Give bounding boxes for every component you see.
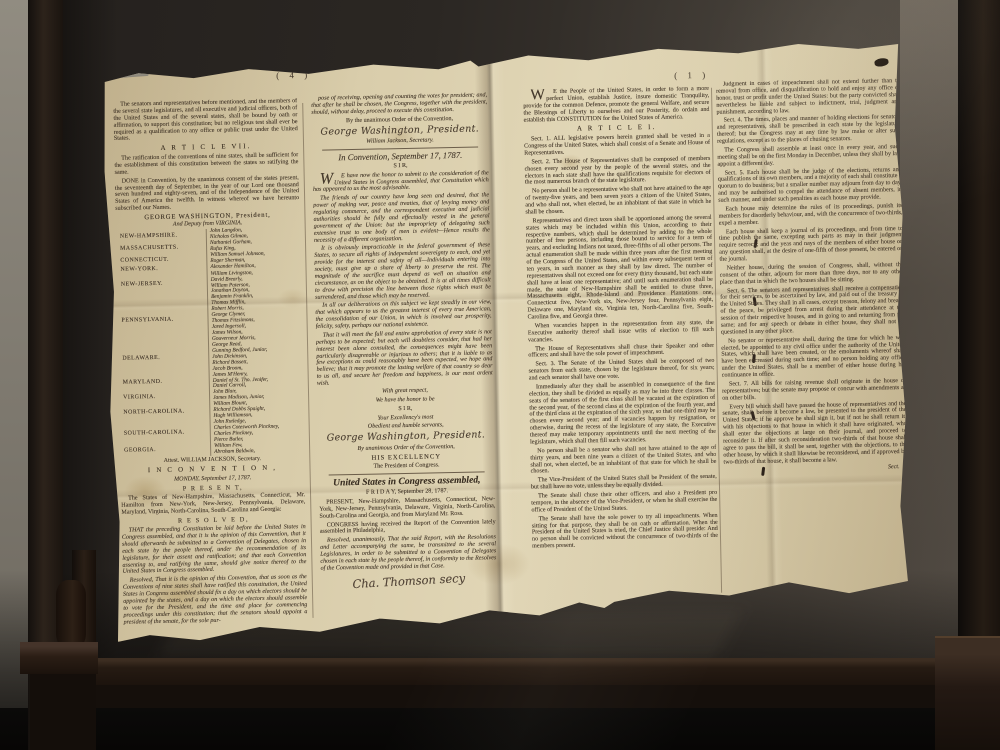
paragraph: Sect. 6. The senators and representative… [720,284,905,336]
paragraph-dropcap: WE the People of the United States, in o… [523,86,710,124]
delegate-row: DELAWARE.George Read,Gunning Bedford, Ju… [118,341,303,374]
delegate-state: GEORGIA. [120,444,210,458]
paragraph: Sect. 5. Each house shall be the judge o… [718,166,903,204]
paragraph: Neither house, during the session of Con… [720,262,904,286]
paragraph-italic-dropcap: WE have now the honor to submit to the c… [313,170,489,194]
page-number-1: ( 1 ) [647,69,737,81]
delegate-names: William Blount,Richard Dobbs Spaight,Hug… [209,400,303,420]
floor [0,708,1000,750]
paragraph: The Senate shall chuse their other offic… [531,490,717,514]
delegate-names: John Rutledge,Charles Cotesworth Pinckne… [210,418,304,444]
paragraph-italic: pose of receiving, opening and counting … [311,92,487,116]
photograph-of-constitution-broadside: ( 4 ) ( 1 ) The senators and representat… [0,0,1000,750]
paragraph: Sect. 7. All bills for raising revenue s… [722,378,906,402]
paragraph: Sect. 3. The Senate of the United States… [528,358,714,382]
paragraph: The ratification of the conventions of n… [114,152,298,176]
paragraph: Every bill which shall have passed the h… [722,400,907,466]
script-signature: George Washington, President. [318,431,494,445]
catchword: Sect. [724,464,908,475]
paragraph: Sect. 2. The House of Representatives sh… [524,156,711,187]
delegate-state: PENNSYLVANIA. [117,295,208,344]
paragraph-italic: Resolved, That it is the opinion of this… [123,574,308,625]
stand-turned-detail [56,580,86,648]
paragraph-italic: That it will meet the full and entire ap… [316,329,493,388]
delegate-state: DELAWARE. [118,343,209,374]
delegate-names: George Read,Gunning Bedford, Junior,John… [208,341,303,373]
ink-blot [874,57,889,67]
center-line: The President of Congress. [318,462,494,472]
page1-column2: Judgment in cases of impeachment shall n… [716,78,910,584]
paragraph: When vacancies happen in the representat… [528,320,714,344]
paragraph: Sect. 4. The times, places and manner of… [717,114,902,145]
delegate-state: NEW-JERSEY. [117,272,207,298]
stand-base-right [935,636,1000,750]
paragraph: Each house may determine the rules of it… [718,203,902,227]
stand-rail-upper [80,658,1000,685]
page4-column2: pose of receiving, opening and counting … [311,92,498,621]
paragraph: DONE in Convention, by the unanimous con… [115,175,300,213]
delegate-names: William Few,Abraham Baldwin, [210,442,304,456]
paragraph: The Vice-President of the United States … [531,474,717,491]
page4-column1: The senators and representatives before … [113,98,307,626]
constitution-broadside-sheet: ( 4 ) ( 1 ) The senators and representat… [98,36,911,644]
delegate-state: MARYLAND. [119,373,209,393]
page1-column1: WE the People of the United States, in o… [523,86,719,596]
delegate-names: William Livingston,David Brearly,William… [207,270,301,296]
paragraph: Sect. 1. ALL legislative powers herein g… [524,133,710,157]
paragraph: The Congress shall assemble at least onc… [717,144,901,168]
paragraph: No person shall be a representative who … [525,185,712,216]
script-signature: George Washington, President. [312,124,488,138]
paragraph: The Senate shall have the sole power to … [532,512,719,550]
delegate-state: NORTH-CAROLINA. [119,402,209,422]
paragraph-italic: Resolved, unanimously, That the said Rep… [320,535,497,573]
paragraph: Representatives and direct taxes shall b… [526,215,714,322]
paragraph: The House of Representatives shall chuse… [528,342,714,359]
center-line-italic: William Jackson, Secretary. [312,137,488,147]
paragraph: No senator or representative shall, duri… [721,335,906,380]
paragraph-italic: THAT the preceding Constitution be laid … [122,524,307,576]
stand-base-left [30,674,96,750]
delegate-names: James M'Henry,Daniel of St. Tho. Jenifer… [209,371,303,391]
paragraph: PRESENT, New-Hampshire, Massachusetts, C… [319,496,495,520]
stand-cap-left [20,642,98,674]
paragraph: No person shall be a senator who shall n… [530,445,717,476]
handwritten-signature: Cha. Thomson secy [321,570,497,593]
paragraph: CONGRESS having received the Report of t… [320,519,496,536]
paragraph: Judgment in cases of impeachment shall n… [716,78,901,116]
paragraph: Each house shall keep a journal of its p… [719,225,904,263]
paragraph: The senators and representatives before … [113,98,298,143]
paragraph-italic: In all our deliberations on this subject… [315,300,492,331]
delegate-state: SOUTH-CAROLINA. [120,420,210,446]
paragraph-italic: It is obviously impracticable in the fed… [314,243,491,302]
paragraph: Immediately after they shall be assemble… [529,381,716,447]
delegate-names: Benjamin Franklin,Thomas Mifflin,Robert … [207,293,302,342]
paragraph: The States of New-Hampshire, Massachuset… [121,492,305,516]
stand-rail-lower [80,685,1000,708]
delegate-row: PENNSYLVANIA.Benjamin Franklin,Thomas Mi… [117,293,302,344]
paragraph-italic: The friends of our country have long see… [313,193,490,245]
